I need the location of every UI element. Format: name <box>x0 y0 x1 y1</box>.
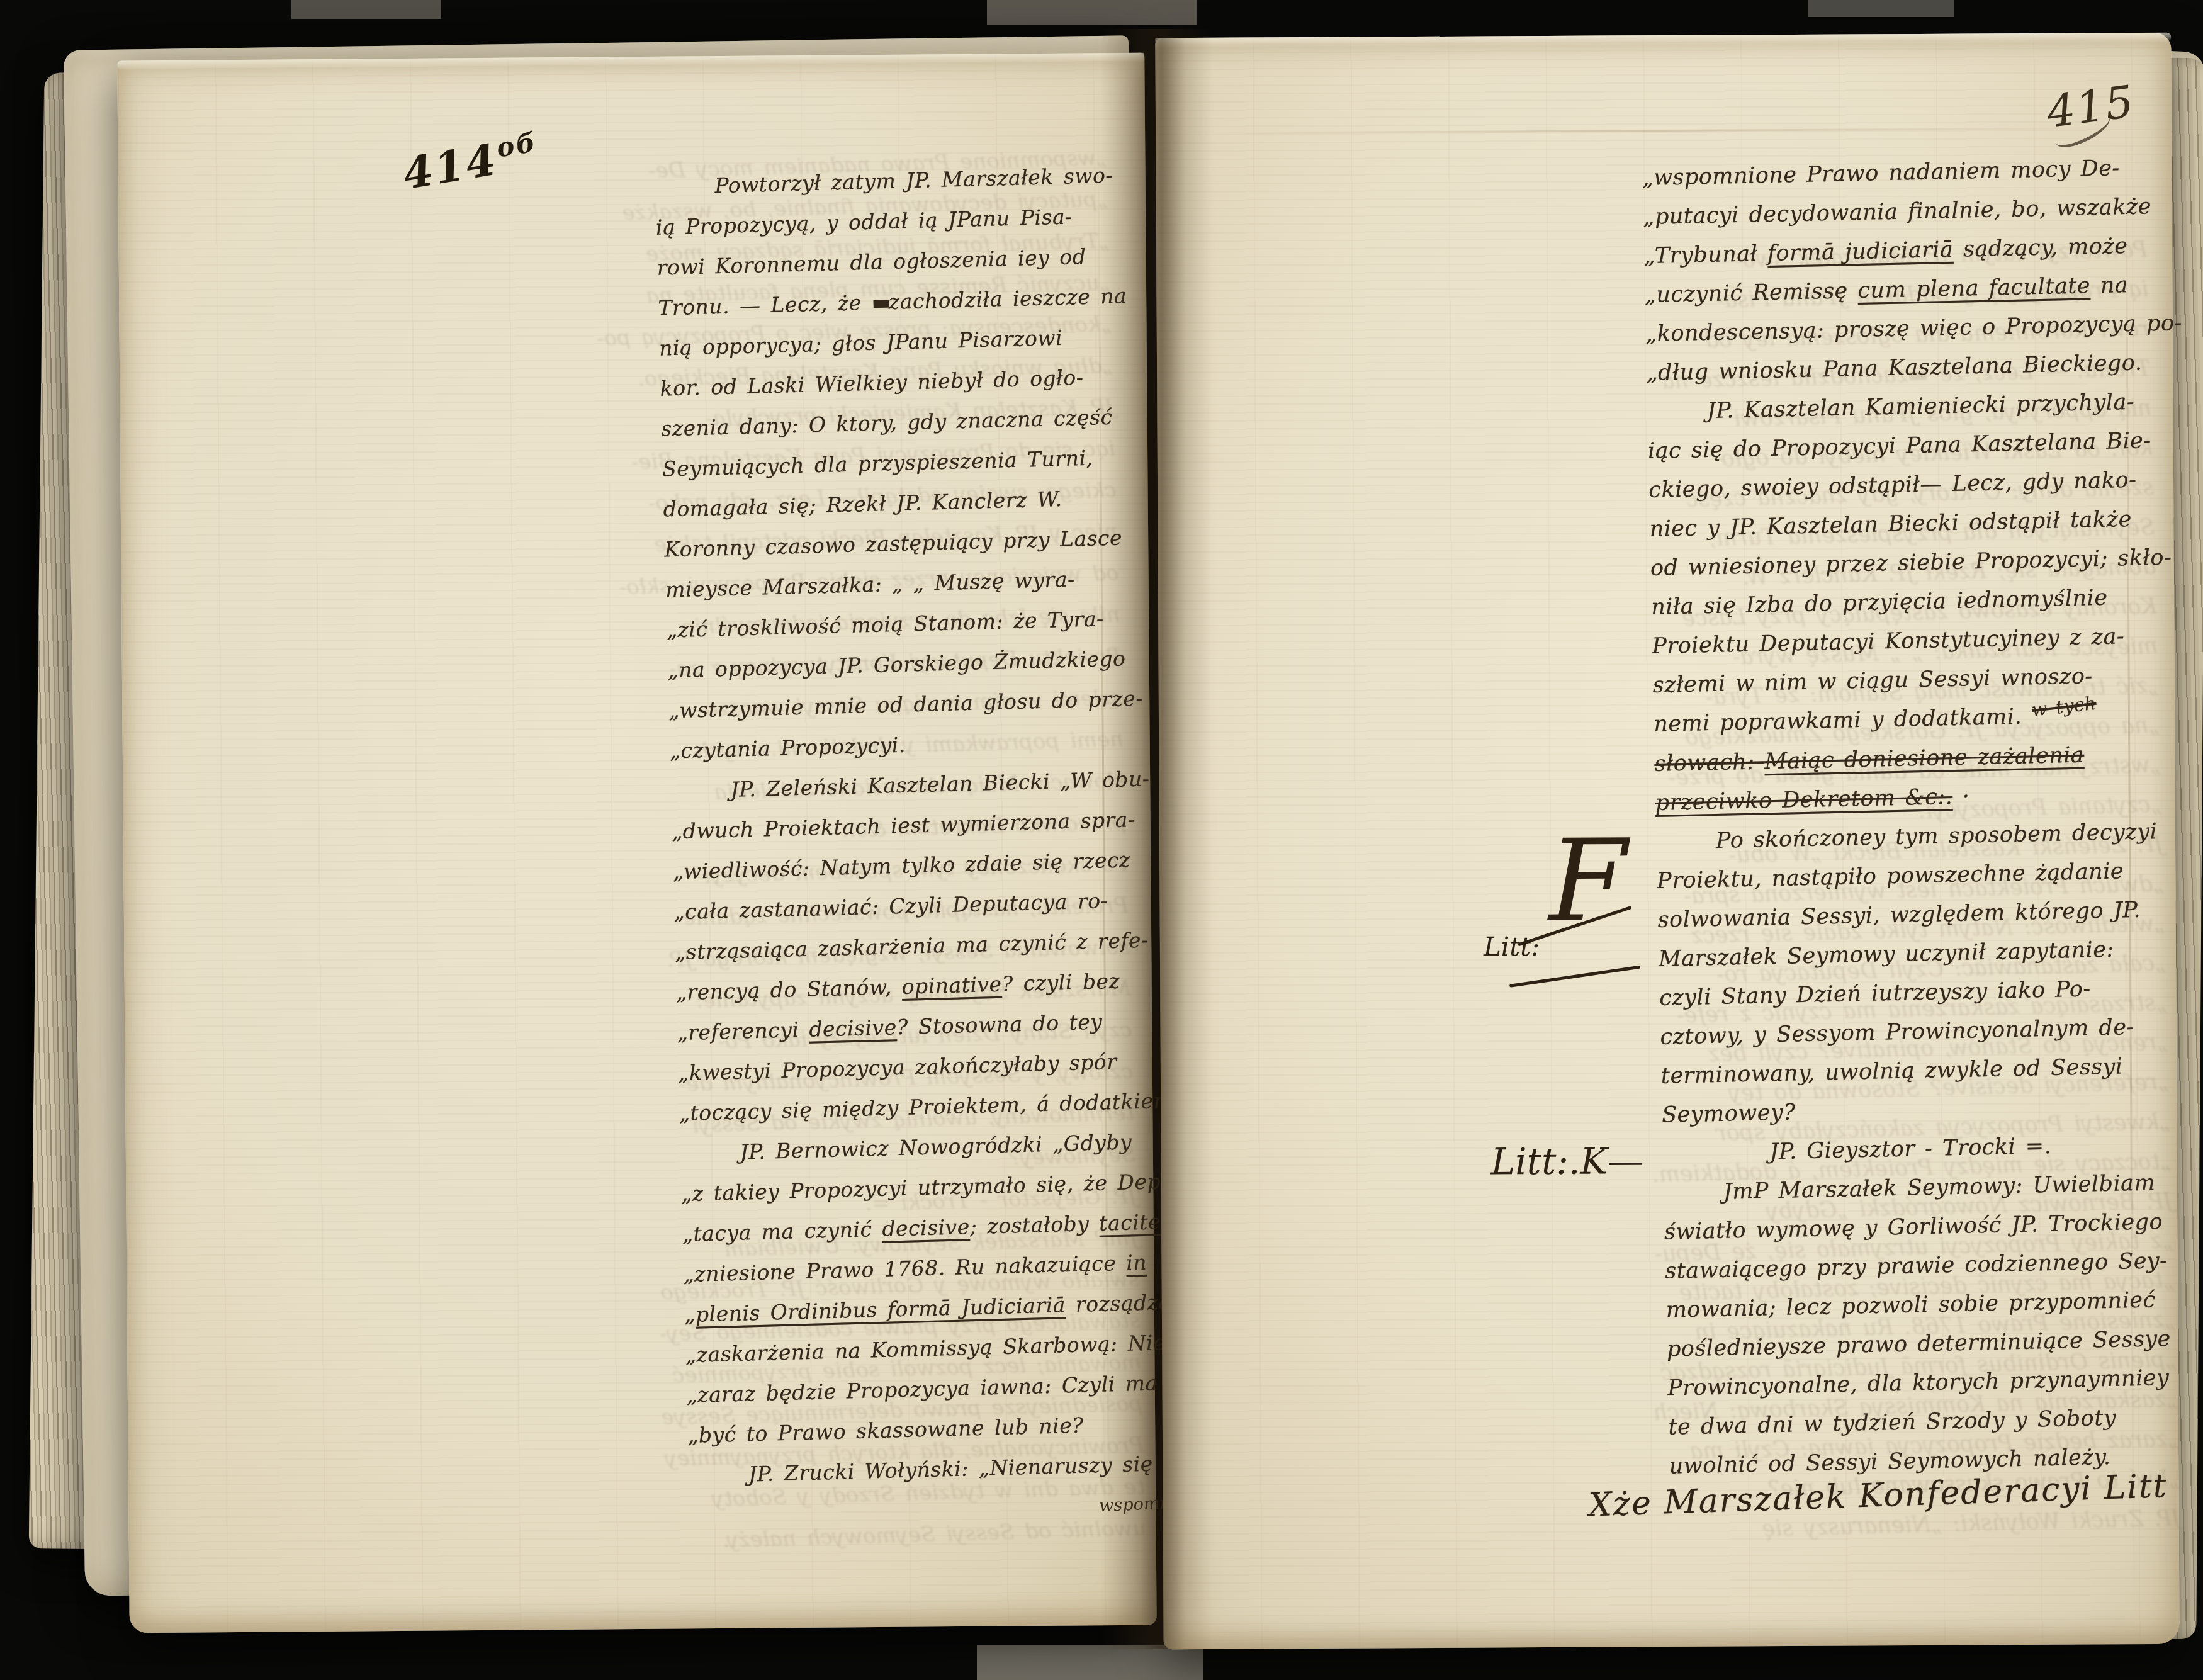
foliation-number: 414об <box>399 127 543 200</box>
litt-f-cross-stroke <box>1509 966 1641 988</box>
litt-f-label: Litt: <box>1484 931 1540 962</box>
backdrop-patch-top-left <box>291 0 441 19</box>
right-page-text-column: „wspomnione Prawo nadaniem mocy De-„puta… <box>1642 148 2192 1486</box>
foliation-suffix: об <box>494 127 539 164</box>
backdrop-patch-top-middle <box>987 0 1197 25</box>
litt-k-dash: — <box>1607 1139 1640 1182</box>
litt-k-label: Litt:.K <box>1490 1140 1607 1183</box>
right-page: Powtorzył zatym JP. Marszałek swo-ią Pro… <box>1155 33 2179 1649</box>
ghost-line: uwolnić od Sessyi Seymowych należy. <box>152 1508 1147 1577</box>
backdrop-patch-top-right <box>1808 0 1954 17</box>
left-page: „wspomnione Prawo nadaniem mocy De-„puta… <box>117 53 1157 1633</box>
right-page-crease-horizontal <box>1193 127 2112 134</box>
margin-note-litt-k: Litt:.K— <box>1490 1139 1640 1183</box>
page-number: 415 <box>2044 76 2138 138</box>
left-page-text-column: Powtorzył zatym JP. Marszałek swo-ią Pro… <box>655 155 1159 1496</box>
foliation-digits: 414 <box>400 135 502 200</box>
manuscript-photo-stage: „wspomnione Prawo nadaniem mocy De-„puta… <box>0 0 2203 1680</box>
backdrop-patch-bottom <box>977 1645 1203 1680</box>
